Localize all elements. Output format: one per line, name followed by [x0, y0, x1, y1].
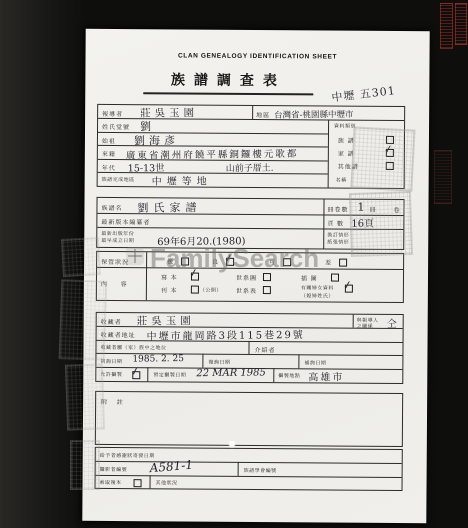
- seal-watermark: [61, 237, 101, 277]
- filming-location-value: 高雄市: [308, 368, 344, 383]
- content-option-lineage-table: 世系表: [236, 286, 257, 295]
- scanned-genealogy-sheet: { "colors": {"paper":"#f1f0ec","ink":"#1…: [0, 0, 468, 528]
- completion-area-value: 中壢等地: [152, 172, 212, 188]
- divider: [147, 367, 148, 381]
- request-copy-label: 索取複本: [100, 479, 122, 486]
- holder-address-label: 收藏者地址: [101, 330, 136, 339]
- area-label: 地區: [256, 110, 270, 119]
- familysearch-watermark-text: FamilySearch: [150, 243, 319, 273]
- content-option-printed-note: （公開）: [200, 287, 222, 294]
- content-option-women-data: 有關婦女資料: [301, 284, 334, 291]
- section-processing: 給予者感謝狀寄發日期 攝影者編號 A581-1 族譜學會編號 索取複本 其他狀況: [95, 447, 403, 491]
- photographer-number-value: A581-1: [149, 458, 193, 475]
- checkbox: [134, 479, 142, 487]
- era-value-2: 山前子厝土.: [226, 161, 274, 175]
- relation-value: 仝: [387, 315, 397, 330]
- genealogy-title-value: 劉氏家譜: [137, 199, 201, 216]
- completion-area-label: 族譜完成地區: [102, 176, 135, 183]
- checkbox: [191, 286, 199, 294]
- divider: [323, 199, 324, 248]
- checkbox: [331, 274, 339, 282]
- divider: [150, 475, 151, 488]
- holder-clan-position-label: 收藏者屬（家）族中之地位: [100, 344, 166, 351]
- familysearch-logo-icon: [126, 247, 144, 265]
- surname-label: 姓氏堂號: [102, 122, 130, 131]
- reporter-label: 報導者: [102, 109, 123, 118]
- introducer-label: 介紹者: [254, 345, 275, 354]
- remarks-label: 附 註: [101, 397, 127, 406]
- divider: [98, 132, 328, 135]
- latest-editor-label: 最新版本編纂者: [101, 217, 150, 226]
- checkbox: [263, 286, 271, 294]
- divider: [238, 462, 239, 476]
- red-seal-stamp: [440, 3, 453, 49]
- content-option-women-data-sub: （媳婦姓氏）: [301, 292, 334, 299]
- era-label: 年代: [102, 163, 116, 172]
- red-seal-stamp: [434, 150, 452, 204]
- origin-label: 來籍: [102, 149, 116, 158]
- photographer-number-label: 攝影者編號: [100, 466, 128, 473]
- checkbox: [263, 273, 271, 281]
- divider: [248, 341, 249, 354]
- filming-permitted-label: 允許攝製: [100, 371, 122, 378]
- area-value: 台灣省-桃園縣中壢市: [274, 108, 353, 121]
- section-remarks: 附 註: [95, 391, 403, 447]
- first-ancestor-label: 始祖: [102, 136, 116, 145]
- other-status-label: 其他狀況: [156, 479, 178, 486]
- category-name-label: 名稱: [336, 177, 347, 184]
- founding-date-label: 最早成立日期: [101, 237, 134, 244]
- divider: [96, 461, 402, 464]
- divider: [252, 106, 253, 119]
- punch-hole: [229, 441, 235, 447]
- section-holder: 收藏者 莊吳玉園 與報導人 之關係 仝 收藏者地址 中壢市龍岡路3段115巷29…: [95, 312, 403, 384]
- seal-watermark: [349, 191, 413, 257]
- divider: [202, 354, 203, 368]
- paper-condition-label: 紙張情形: [327, 238, 349, 245]
- second-interview-date-label: 複詢日期: [208, 359, 230, 366]
- seal-watermark: [59, 279, 108, 361]
- divider: [273, 368, 274, 382]
- divider: [353, 315, 354, 328]
- content-option-lineage-chart: 世系圖: [236, 273, 257, 282]
- content-option-illustrations: 插 圖: [301, 273, 318, 282]
- genealogy-title-label: 族譜名: [101, 203, 122, 212]
- seal-watermark: [65, 363, 105, 430]
- divider: [328, 119, 329, 187]
- checkmark-icon: [342, 279, 353, 291]
- form-english-title: CLAN GENEALOGY IDENTIFICATION SHEET: [86, 52, 430, 61]
- first-ancestor-value: 劉海彥: [134, 132, 179, 148]
- planned-filming-date-label: 預定攝製日期: [153, 371, 186, 378]
- content-option-printed: 刊 本: [161, 285, 178, 294]
- first-interview-date-value: 1985. 2. 25: [132, 354, 184, 365]
- divider: [96, 475, 402, 478]
- volume-count-label: 冊卷數: [327, 204, 348, 213]
- checkmark-icon: [129, 365, 140, 377]
- planned-filming-date-value: 22 MAR 1985: [196, 367, 266, 379]
- relation-label-line2: 之關係: [357, 323, 374, 330]
- society-number-label: 族譜學會編號: [244, 467, 277, 474]
- form-title: 族譜調查表: [143, 69, 313, 95]
- filming-location-label: 攝製地點: [278, 372, 300, 379]
- form-paper: CLAN GENEALOGY IDENTIFICATION SHEET 族譜調查…: [82, 29, 429, 523]
- page-count-label: 頁 數: [327, 218, 344, 227]
- storage-condition-label: 保管狀況: [101, 257, 129, 266]
- supplement-interview-date-label: 補詢日期: [304, 359, 326, 366]
- divider: [298, 354, 299, 368]
- handwritten-page-number: 中壢 五301: [331, 82, 397, 105]
- divider: [146, 252, 147, 300]
- checkbox: [339, 259, 347, 267]
- familysearch-watermark: FamilySearch: [150, 243, 319, 274]
- condition-option-poor: 差: [325, 257, 332, 266]
- seal-watermark: [350, 126, 415, 191]
- red-seal-stamp: [455, 3, 467, 45]
- seal-watermark: [70, 440, 100, 490]
- holder-address-value: 中壢市龍岡路3段115巷29號: [147, 326, 305, 343]
- thanks-letter-date-label: 給予者感謝狀寄發日期: [100, 452, 155, 459]
